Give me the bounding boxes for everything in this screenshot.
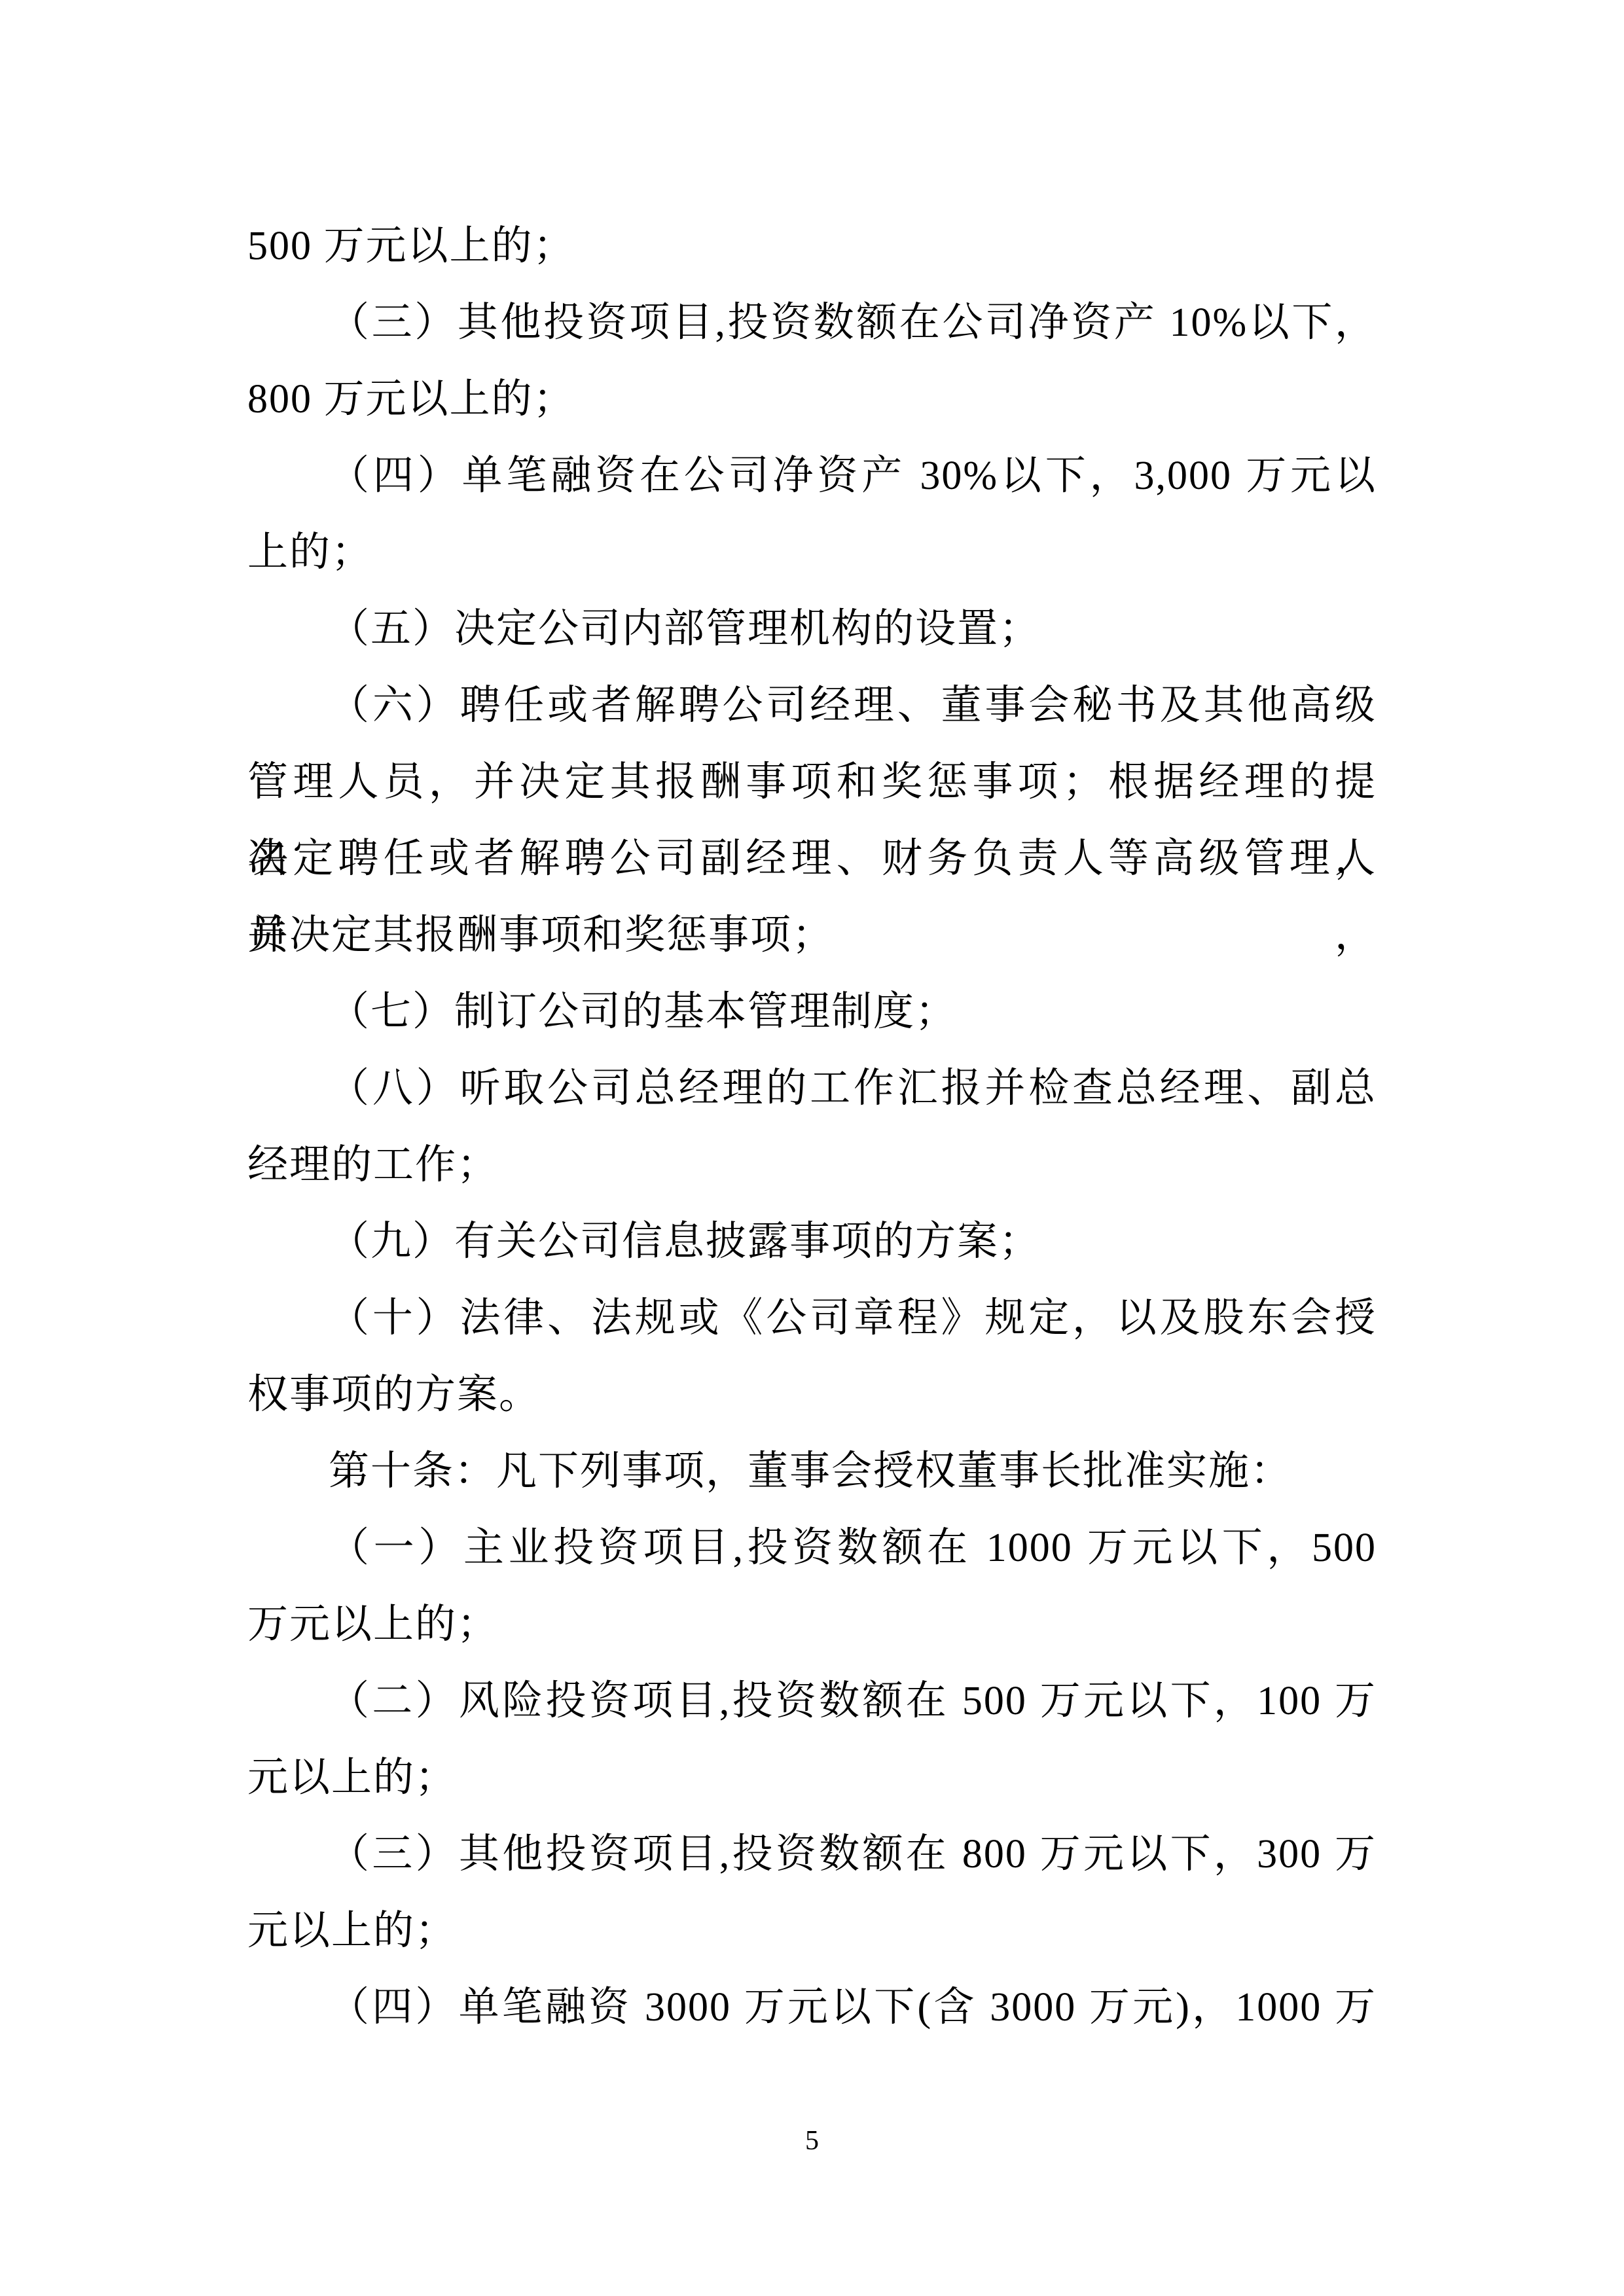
text-line: （三）其他投资项目,投资数额在 800 万元以下，300 万 <box>247 1816 1377 1893</box>
text-line: 决定聘任或者解聘公司副经理、财务负责人等高级管理人员， <box>247 821 1377 897</box>
text-line: 经理的工作； <box>247 1127 1377 1204</box>
text-line: （九）有关公司信息披露事项的方案； <box>247 1204 1377 1280</box>
text-line: 500 万元以上的； <box>247 208 1377 285</box>
text-line: （四）单笔融资在公司净资产 30%以下，3,000 万元以 <box>247 438 1377 514</box>
text-line: （八）听取公司总经理的工作汇报并检查总经理、副总 <box>247 1050 1377 1127</box>
text-line: （六）聘任或者解聘公司经理、董事会秘书及其他高级 <box>247 668 1377 744</box>
text-line: （三）其他投资项目,投资数额在公司净资产 10%以下， <box>247 285 1377 361</box>
text-line: 上的； <box>247 514 1377 591</box>
text-line: （二）风险投资项目,投资数额在 500 万元以下，100 万 <box>247 1663 1377 1740</box>
text-line: （十）法律、法规或《公司章程》规定，以及股东会授 <box>247 1280 1377 1357</box>
text-line: （七）制订公司的基本管理制度； <box>247 974 1377 1050</box>
text-line: （四）单笔融资 3000 万元以下(含 3000 万元)，1000 万 <box>247 1969 1377 2046</box>
text-line: 第十条：凡下列事项，董事会授权董事长批准实施： <box>247 1433 1377 1510</box>
text-line: 管理人员，并决定其报酬事项和奖惩事项；根据经理的提名， <box>247 744 1377 821</box>
page-number: 5 <box>0 2127 1624 2155</box>
text-line: 权事项的方案。 <box>247 1357 1377 1433</box>
document-body: 500 万元以上的； （三）其他投资项目,投资数额在公司净资产 10%以下， 8… <box>247 208 1377 2046</box>
text-line: 万元以上的； <box>247 1587 1377 1663</box>
document-page: 500 万元以上的； （三）其他投资项目,投资数额在公司净资产 10%以下， 8… <box>0 0 1624 2296</box>
text-line: （五）决定公司内部管理机构的设置； <box>247 591 1377 668</box>
text-line: 元以上的； <box>247 1740 1377 1816</box>
text-line: （一）主业投资项目,投资数额在 1000 万元以下，500 <box>247 1510 1377 1587</box>
text-line: 元以上的； <box>247 1893 1377 1969</box>
text-line: 800 万元以上的； <box>247 361 1377 438</box>
